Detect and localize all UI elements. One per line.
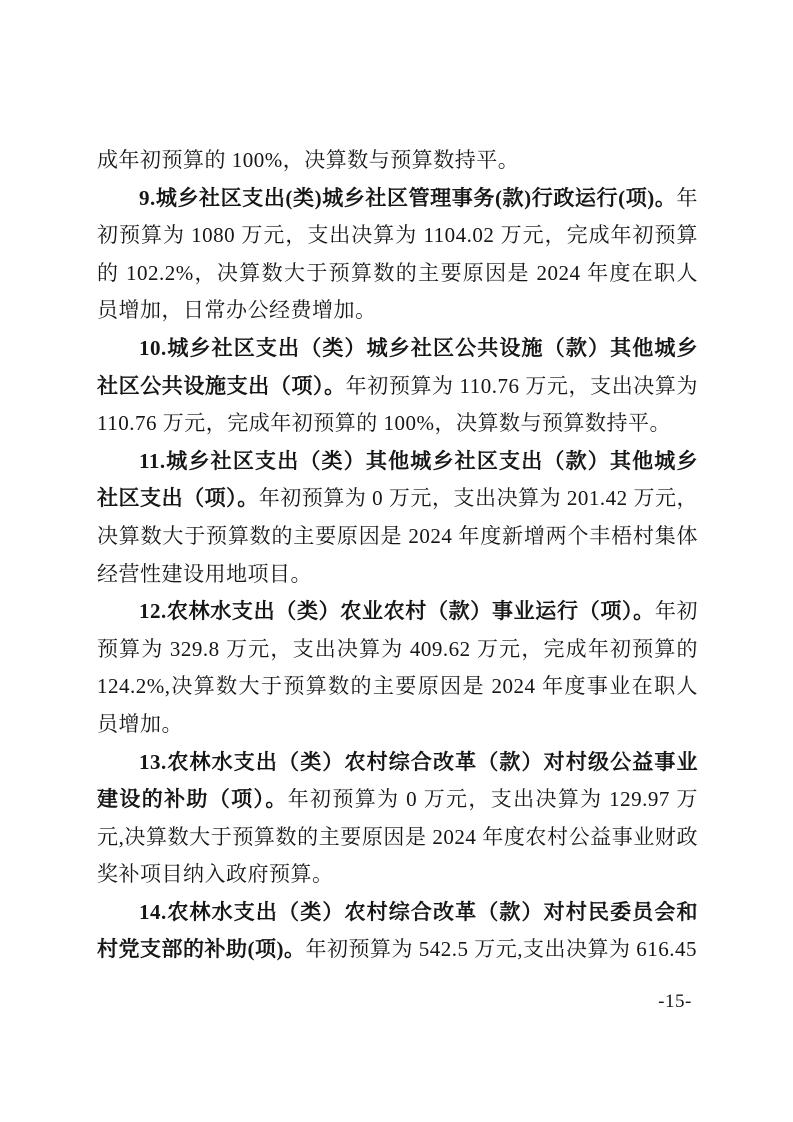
paragraph-9-heading: 9.城乡社区支出(类)城乡社区管理事务(款)行政运行(项)。: [139, 186, 677, 210]
page-number: -15-: [650, 991, 700, 1013]
continuation-line: 成年初预算的 100%，决算数与预算数持平。: [97, 142, 698, 180]
paragraph-11: 11.城乡社区支出（类）其他城乡社区支出（款）其他城乡社区支出（项）。年初预算为…: [97, 443, 698, 593]
document-text-block: 成年初预算的 100%，决算数与预算数持平。 9.城乡社区支出(类)城乡社区管理…: [97, 142, 698, 969]
paragraph-14-body: 年初预算为 542.5 万元,支出决算为 616.45: [306, 937, 698, 961]
document-page: 成年初预算的 100%，决算数与预算数持平。 9.城乡社区支出(类)城乡社区管理…: [0, 0, 793, 1122]
paragraph-12: 12.农林水支出（类）农业农村（款）事业运行（项）。年初预算为 329.8 万元…: [97, 593, 698, 743]
paragraph-10: 10.城乡社区支出（类）城乡社区公共设施（款）其他城乡社区公共设施支出（项）。年…: [97, 330, 698, 443]
paragraph-12-heading: 12.农林水支出（类）农业农村（款）事业运行（项）。: [139, 599, 655, 623]
paragraph-9: 9.城乡社区支出(类)城乡社区管理事务(款)行政运行(项)。年初预算为 1080…: [97, 180, 698, 330]
paragraph-13: 13.农林水支出（类）农村综合改革（款）对村级公益事业建设的补助（项）。年初预算…: [97, 744, 698, 894]
paragraph-14: 14.农林水支出（类）农村综合改革（款）对村民委员会和村党支部的补助(项)。年初…: [97, 894, 698, 969]
